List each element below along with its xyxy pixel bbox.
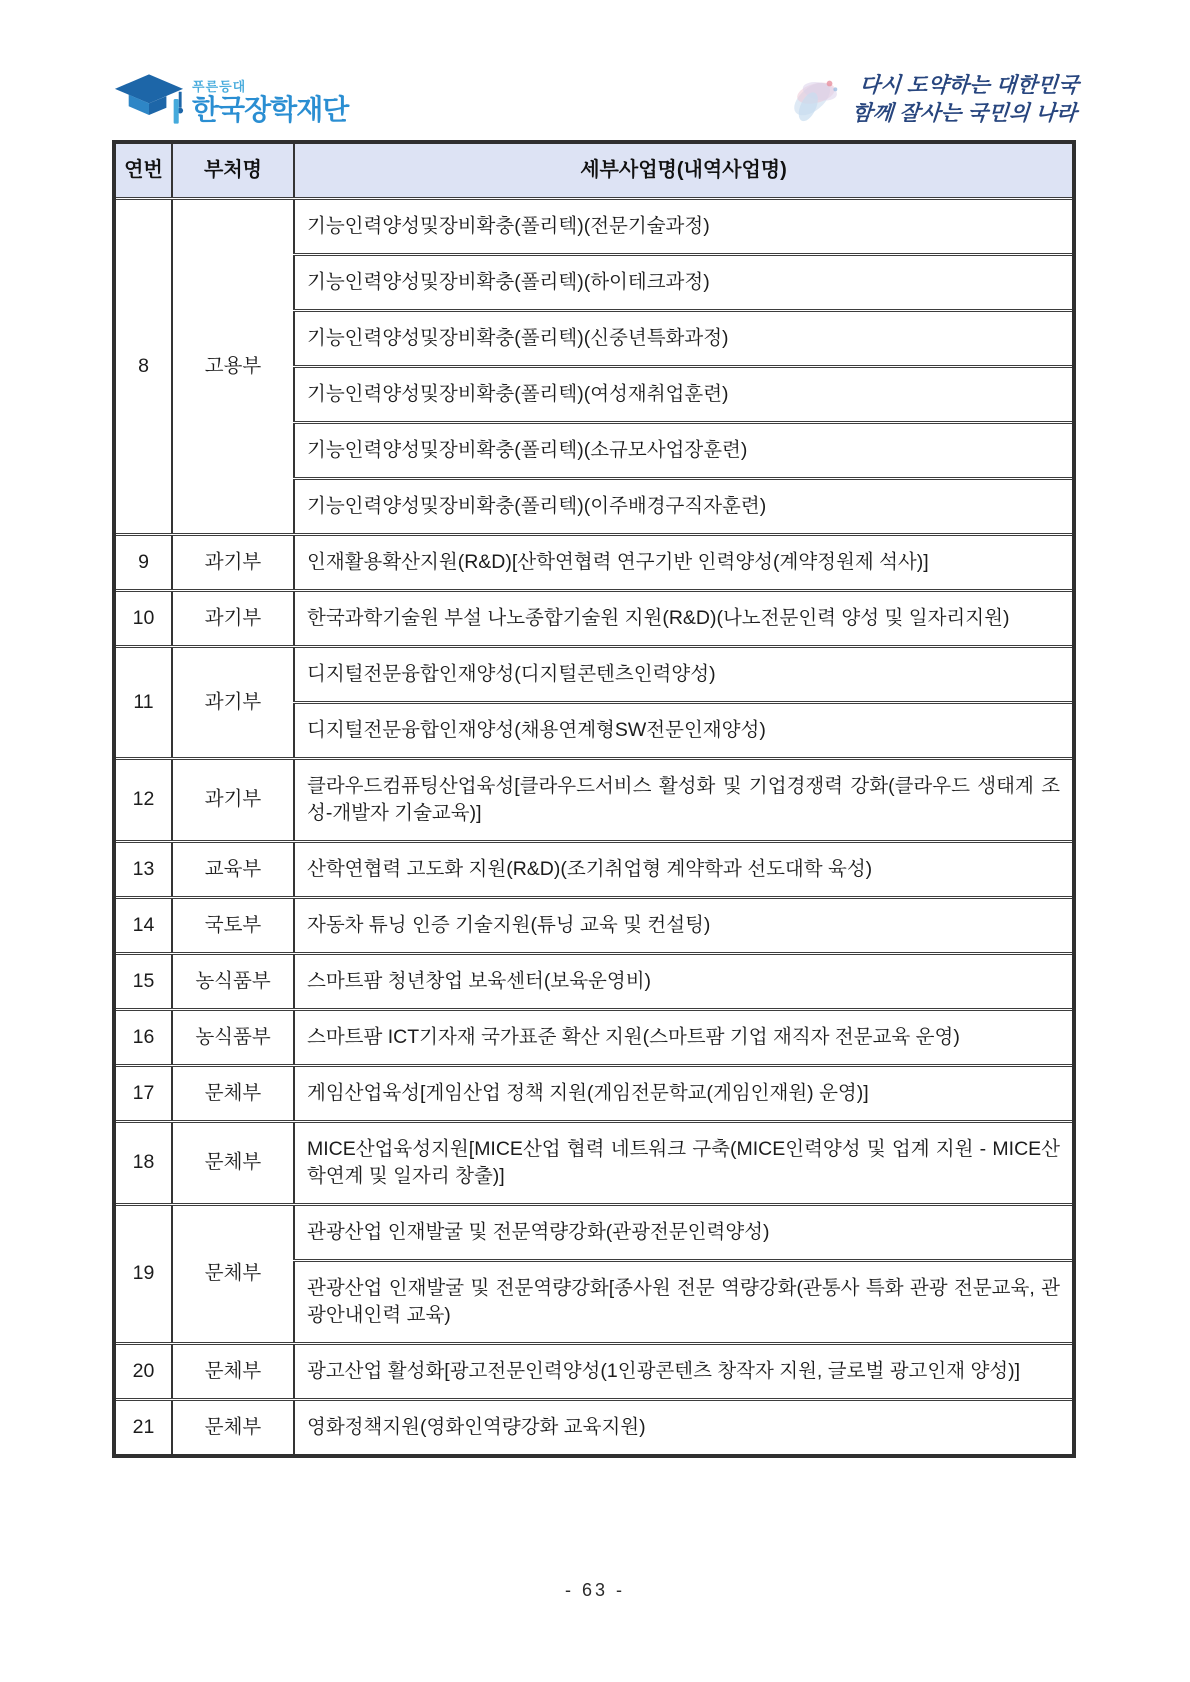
row-number-cell: 18 xyxy=(114,1121,172,1204)
table-row: 10과기부한국과학기술원 부설 나노종합기술원 지원(R&D)(나노전문인력 양… xyxy=(114,590,1074,646)
table-row: 8고용부기능인력양성및장비확충(폴리텍)(전문기술과정) xyxy=(114,198,1074,254)
slogan-line-1: 다시 도약하는 대한민국 xyxy=(853,71,1080,99)
department-cell: 과기부 xyxy=(172,758,294,841)
kosaf-logo: 푸른등대 한국장학재단 xyxy=(112,70,348,128)
department-cell: 고용부 xyxy=(172,198,294,534)
row-number-cell: 20 xyxy=(114,1343,172,1399)
project-name-cell: 디지털전문융합인재양성(채용연계형SW전문인재양성) xyxy=(294,702,1074,758)
project-name-cell: MICE산업육성지원[MICE산업 협력 네트워크 구축(MICE인력양성 및 … xyxy=(294,1121,1074,1204)
page-number: - 63 - xyxy=(0,1580,1190,1601)
kosaf-logo-text: 푸른등대 한국장학재단 xyxy=(192,80,348,128)
logo-org-name: 한국장학재단 xyxy=(192,96,348,124)
table-row: 17문체부게임산업육성[게임산업 정책 지원(게임전문학교(게임인재원) 운영)… xyxy=(114,1065,1074,1121)
table-row: 20문체부광고산업 활성화[광고전문인력양성(1인광콘텐츠 창작자 지원, 글로… xyxy=(114,1343,1074,1399)
table-row: 18문체부MICE산업육성지원[MICE산업 협력 네트워크 구축(MICE인력… xyxy=(114,1121,1074,1204)
row-number-cell: 16 xyxy=(114,1009,172,1065)
table-row: 11과기부디지털전문융합인재양성(디지털콘텐츠인력양성) xyxy=(114,646,1074,702)
table-row: 12과기부클라우드컴퓨팅산업육성[클라우드서비스 활성화 및 기업경쟁력 강화(… xyxy=(114,758,1074,841)
row-number-cell: 9 xyxy=(114,534,172,590)
department-cell: 과기부 xyxy=(172,590,294,646)
project-name-cell: 자동차 튜닝 인증 기술지원(튜닝 교육 및 컨설팅) xyxy=(294,897,1074,953)
document-page: 푸른등대 한국장학재단 다시 도약하는 대한민국 함께 잘사는 국민의 나라 xyxy=(0,0,1190,1682)
row-number-cell: 14 xyxy=(114,897,172,953)
row-number-cell: 12 xyxy=(114,758,172,841)
project-name-cell: 관광산업 인재발굴 및 전문역량강화(관광전문인력양성) xyxy=(294,1204,1074,1260)
row-number-cell: 15 xyxy=(114,953,172,1009)
project-name-cell: 기능인력양성및장비확충(폴리텍)(전문기술과정) xyxy=(294,198,1074,254)
table-row: 9과기부인재활용확산지원(R&D)[산학연협력 연구기반 인력양성(계약정원제 … xyxy=(114,534,1074,590)
government-slogan-block: 다시 도약하는 대한민국 함께 잘사는 국민의 나라 xyxy=(787,70,1078,128)
department-cell: 과기부 xyxy=(172,646,294,758)
project-name-cell: 기능인력양성및장비확충(폴리텍)(여성재취업훈련) xyxy=(294,366,1074,422)
project-name-cell: 스마트팜 청년창업 보육센터(보육운영비) xyxy=(294,953,1074,1009)
project-name-cell: 게임산업육성[게임산업 정책 지원(게임전문학교(게임인재원) 운영)] xyxy=(294,1065,1074,1121)
government-slogan: 다시 도약하는 대한민국 함께 잘사는 국민의 나라 xyxy=(851,71,1080,128)
table-row: 13교육부산학연협력 고도화 지원(R&D)(조기취업형 계약학과 선도대학 육… xyxy=(114,841,1074,897)
column-header-dept: 부처명 xyxy=(172,142,294,198)
table-row: 15농식품부스마트팜 청년창업 보육센터(보육운영비) xyxy=(114,953,1074,1009)
department-cell: 문체부 xyxy=(172,1204,294,1343)
row-number-cell: 17 xyxy=(114,1065,172,1121)
table-header-row: 연번 부처명 세부사업명(내역사업명) xyxy=(114,142,1074,198)
project-name-cell: 산학연협력 고도화 지원(R&D)(조기취업형 계약학과 선도대학 육성) xyxy=(294,841,1074,897)
department-cell: 문체부 xyxy=(172,1343,294,1399)
project-name-cell: 영화정책지원(영화인역량강화 교육지원) xyxy=(294,1399,1074,1456)
department-cell: 문체부 xyxy=(172,1121,294,1204)
project-name-cell: 기능인력양성및장비확충(폴리텍)(소규모사업장훈련) xyxy=(294,422,1074,478)
project-name-cell: 광고산업 활성화[광고전문인력양성(1인광콘텐츠 창작자 지원, 글로벌 광고인… xyxy=(294,1343,1074,1399)
row-number-cell: 19 xyxy=(114,1204,172,1343)
logo-tagline: 푸른등대 xyxy=(192,80,348,93)
department-cell: 과기부 xyxy=(172,534,294,590)
graduation-cap-icon xyxy=(112,70,186,128)
row-number-cell: 13 xyxy=(114,841,172,897)
page-header: 푸른등대 한국장학재단 다시 도약하는 대한민국 함께 잘사는 국민의 나라 xyxy=(112,70,1078,136)
table-row: 21문체부영화정책지원(영화인역량강화 교육지원) xyxy=(114,1399,1074,1456)
table-header: 연번 부처명 세부사업명(내역사업명) xyxy=(114,142,1074,198)
project-name-cell: 디지털전문융합인재양성(디지털콘텐츠인력양성) xyxy=(294,646,1074,702)
table-row: 14국토부자동차 튜닝 인증 기술지원(튜닝 교육 및 컨설팅) xyxy=(114,897,1074,953)
column-header-no: 연번 xyxy=(114,142,172,198)
project-name-cell: 스마트팜 ICT기자재 국가표준 확산 지원(스마트팜 기업 재직자 전문교육 … xyxy=(294,1009,1074,1065)
department-cell: 농식품부 xyxy=(172,1009,294,1065)
department-cell: 국토부 xyxy=(172,897,294,953)
project-name-cell: 인재활용확산지원(R&D)[산학연협력 연구기반 인력양성(계약정원제 석사)] xyxy=(294,534,1074,590)
program-table: 연번 부처명 세부사업명(내역사업명) 8고용부기능인력양성및장비확충(폴리텍)… xyxy=(112,140,1076,1458)
row-number-cell: 10 xyxy=(114,590,172,646)
table-row: 19문체부관광산업 인재발굴 및 전문역량강화(관광전문인력양성) xyxy=(114,1204,1074,1260)
project-name-cell: 기능인력양성및장비확충(폴리텍)(하이테크과정) xyxy=(294,254,1074,310)
column-header-project: 세부사업명(내역사업명) xyxy=(294,142,1074,198)
project-name-cell: 기능인력양성및장비확충(폴리텍)(신중년특화과정) xyxy=(294,310,1074,366)
department-cell: 농식품부 xyxy=(172,953,294,1009)
department-cell: 교육부 xyxy=(172,841,294,897)
row-number-cell: 11 xyxy=(114,646,172,758)
table-row: 16농식품부스마트팜 ICT기자재 국가표준 확산 지원(스마트팜 기업 재직자… xyxy=(114,1009,1074,1065)
slogan-line-2: 함께 잘사는 국민의 나라 xyxy=(851,99,1078,127)
department-cell: 문체부 xyxy=(172,1065,294,1121)
department-cell: 문체부 xyxy=(172,1399,294,1456)
project-name-cell: 한국과학기술원 부설 나노종합기술원 지원(R&D)(나노전문인력 양성 및 일… xyxy=(294,590,1074,646)
project-name-cell: 관광산업 인재발굴 및 전문역량강화[종사원 전문 역량강화(관통사 특화 관광… xyxy=(294,1260,1074,1343)
row-number-cell: 21 xyxy=(114,1399,172,1456)
project-name-cell: 클라우드컴퓨팅산업육성[클라우드서비스 활성화 및 기업경쟁력 강화(클라우드 … xyxy=(294,758,1074,841)
government-emblem-icon xyxy=(787,70,845,128)
table-body: 8고용부기능인력양성및장비확충(폴리텍)(전문기술과정)기능인력양성및장비확충(… xyxy=(114,198,1074,1456)
row-number-cell: 8 xyxy=(114,198,172,534)
project-name-cell: 기능인력양성및장비확충(폴리텍)(이주배경구직자훈련) xyxy=(294,478,1074,534)
